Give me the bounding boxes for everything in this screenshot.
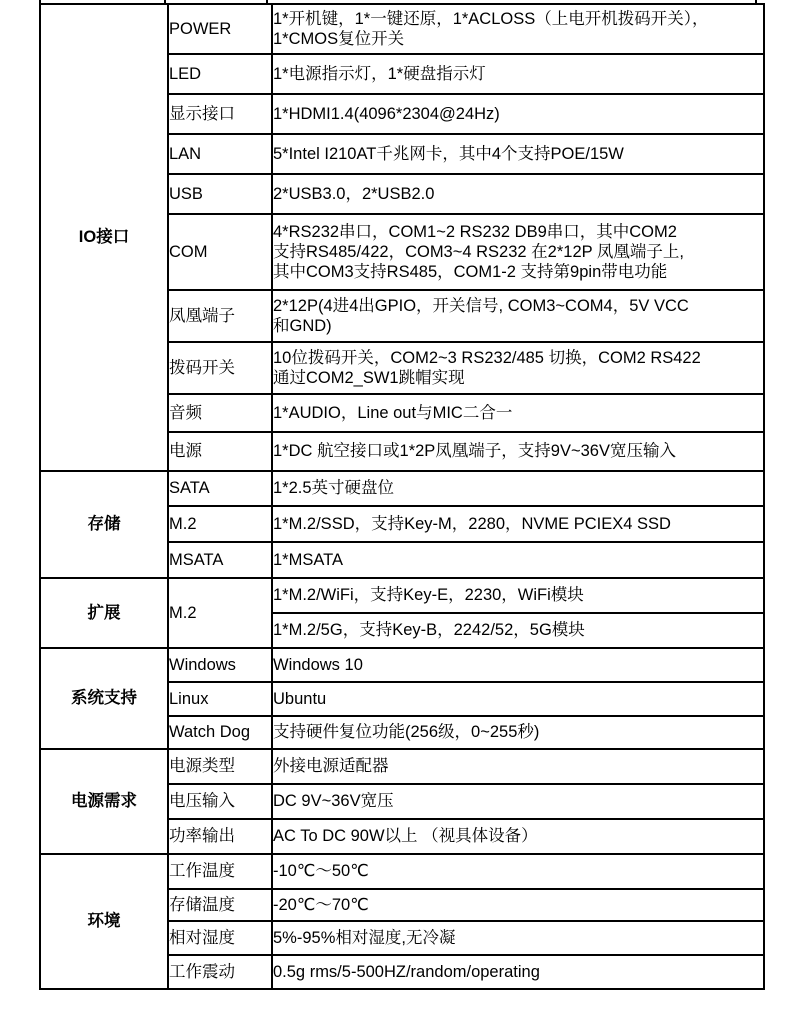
value-cell: DC 9V~36V宽压 bbox=[272, 784, 764, 819]
category-cell-io: IO接口 bbox=[40, 4, 168, 471]
item-cell: 拨码开关 bbox=[168, 342, 272, 394]
value-cell: 1*AUDIO，Line out与MIC二合一 bbox=[272, 394, 764, 432]
item-cell: 存储温度 bbox=[168, 889, 272, 921]
table-row: 系统支持 Windows Windows 10 bbox=[40, 648, 764, 682]
value-cell: 1*开机键，1*一键还原，1*ACLOSS（上电开机拨码开关）， 1*CMOS复… bbox=[272, 4, 764, 54]
value-cell: 1*2.5英寸硬盘位 bbox=[272, 471, 764, 506]
item-cell: USB bbox=[168, 174, 272, 214]
item-cell: LAN bbox=[168, 134, 272, 174]
value-cell: 5%-95%相对湿度,无冷凝 bbox=[272, 921, 764, 955]
value-cell: 1*M.2/WiFi，支持Key-E，2230，WiFi模块 bbox=[272, 578, 764, 613]
item-cell: Windows bbox=[168, 648, 272, 682]
spec-table: IO接口 POWER 1*开机键，1*一键还原，1*ACLOSS（上电开机拨码开… bbox=[39, 3, 765, 990]
item-cell: 工作震动 bbox=[168, 955, 272, 989]
item-cell: 功率输出 bbox=[168, 819, 272, 854]
value-cell: 2*12P(4进4出GPIO，开关信号, COM3~COM4，5V VCC 和G… bbox=[272, 290, 764, 342]
value-cell: 5*Intel I210AT千兆网卡，其中4个支持POE/15W bbox=[272, 134, 764, 174]
value-cell: 4*RS232串口，COM1~2 RS232 DB9串口，其中COM2 支持RS… bbox=[272, 214, 764, 290]
item-cell: COM bbox=[168, 214, 272, 290]
item-cell: 相对湿度 bbox=[168, 921, 272, 955]
item-cell: Watch Dog bbox=[168, 716, 272, 749]
value-cell: 1*M.2/SSD，支持Key-M，2280，NVME PCIEX4 SSD bbox=[272, 506, 764, 542]
value-cell: 1*HDMI1.4(4096*2304@24Hz) bbox=[272, 94, 764, 134]
category-cell-os: 系统支持 bbox=[40, 648, 168, 749]
value-cell: Ubuntu bbox=[272, 682, 764, 716]
item-cell: SATA bbox=[168, 471, 272, 506]
table-row: 存储 SATA 1*2.5英寸硬盘位 bbox=[40, 471, 764, 506]
value-cell: 0.5g rms/5-500HZ/random/operating bbox=[272, 955, 764, 989]
item-cell: MSATA bbox=[168, 542, 272, 578]
value-cell: 支持硬件复位功能(256级，0~255秒) bbox=[272, 716, 764, 749]
category-cell-expansion: 扩展 bbox=[40, 578, 168, 648]
table-row: 扩展 M.2 1*M.2/WiFi，支持Key-E，2230，WiFi模块 bbox=[40, 578, 764, 613]
value-cell: -20℃～70℃ bbox=[272, 889, 764, 921]
value-cell: 2*USB3.0，2*USB2.0 bbox=[272, 174, 764, 214]
table-row: IO接口 POWER 1*开机键，1*一键还原，1*ACLOSS（上电开机拨码开… bbox=[40, 4, 764, 54]
table-row: 环境 工作温度 -10℃～50℃ bbox=[40, 854, 764, 889]
item-cell: 电源 bbox=[168, 432, 272, 471]
value-cell: 1*DC 航空接口或1*2P凤凰端子，支持9V~36V宽压输入 bbox=[272, 432, 764, 471]
item-cell: 显示接口 bbox=[168, 94, 272, 134]
value-cell: 1*电源指示灯，1*硬盘指示灯 bbox=[272, 54, 764, 94]
value-cell: -10℃～50℃ bbox=[272, 854, 764, 889]
item-cell: Linux bbox=[168, 682, 272, 716]
value-cell: 1*M.2/5G，支持Key-B，2242/52，5G模块 bbox=[272, 613, 764, 648]
category-cell-storage: 存储 bbox=[40, 471, 168, 578]
category-cell-environment: 环境 bbox=[40, 854, 168, 989]
item-cell: 音频 bbox=[168, 394, 272, 432]
value-cell: AC To DC 90W以上 （视具体设备） bbox=[272, 819, 764, 854]
value-cell: 1*MSATA bbox=[272, 542, 764, 578]
item-cell: LED bbox=[168, 54, 272, 94]
category-cell-power: 电源需求 bbox=[40, 749, 168, 854]
item-cell: 电源类型 bbox=[168, 749, 272, 784]
value-cell: Windows 10 bbox=[272, 648, 764, 682]
item-cell: 电压输入 bbox=[168, 784, 272, 819]
item-cell: 凤凰端子 bbox=[168, 290, 272, 342]
value-cell: 10位拨码开关，COM2~3 RS232/485 切换，COM2 RS422 通… bbox=[272, 342, 764, 394]
spec-sheet: IO接口 POWER 1*开机键，1*一键还原，1*ACLOSS（上电开机拨码开… bbox=[0, 0, 790, 1025]
item-cell: POWER bbox=[168, 4, 272, 54]
value-cell: 外接电源适配器 bbox=[272, 749, 764, 784]
item-cell: 工作温度 bbox=[168, 854, 272, 889]
item-cell: M.2 bbox=[168, 578, 272, 648]
table-row: 电源需求 电源类型 外接电源适配器 bbox=[40, 749, 764, 784]
item-cell: M.2 bbox=[168, 506, 272, 542]
